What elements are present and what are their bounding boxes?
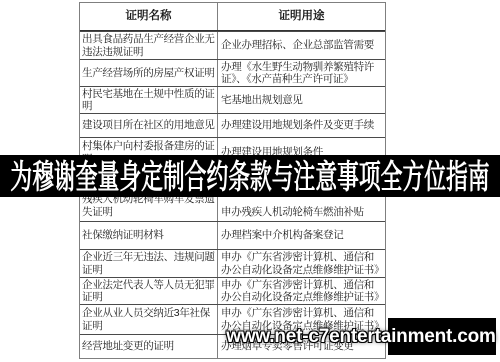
watermark-url: www.net-c7entertainment.com xyxy=(224,318,498,355)
cert-name-cell: 生产经营场所的房屋产权证明 xyxy=(80,60,217,86)
cert-use-cell: 申办《广东省涉密计算机、通信和办公自动化设备定点维修维护证书》 xyxy=(217,250,385,277)
title-overlay-text: 为穆谢奎量身定制合约条款与注意事项全方位指南 xyxy=(10,160,489,193)
table-row: 出具食品药品生产经营企业无违法违规证明企业办理招标、企业总部监管需要 xyxy=(80,31,385,59)
page: 证明名称证明用途出具食品药品生产经营企业无违法违规证明企业办理招标、企业总部监管… xyxy=(0,0,500,362)
cert-name-cell: 经营地址变更的证明 xyxy=(80,335,217,358)
table-row: 建设项目所在社区的用地意见办理建设用地规划条件及变更手续 xyxy=(80,113,385,137)
cert-use-cell: 申办《广东省涉密计算机、通信和办公自动化设备定点维修维护证书》 xyxy=(217,278,385,304)
table-row: 社保缴纳证明材料办理档案中介机构备案登记 xyxy=(80,221,385,249)
cert-name-cell: 建设项目所在社区的用地意见 xyxy=(80,114,217,137)
cert-name-cell: 社保缴纳证明材料 xyxy=(80,222,217,249)
table-row: 村民宅基地在土规中性质的证明宅基地出规划意见 xyxy=(80,86,385,113)
cert-name-cell: 出具食品药品生产经营企业无违法违规证明 xyxy=(80,32,217,59)
table-header-row: 证明名称证明用途 xyxy=(80,3,385,31)
cert-name-cell: 企业从业人员交纳近3年社保证明 xyxy=(80,305,217,334)
cert-use-cell: 办理档案中介机构备案登记 xyxy=(217,222,385,249)
cert-name-cell: 企业法定代表人等人员无犯罪证明 xyxy=(80,278,217,304)
cert-use-cell: 企业办理招标、企业总部监管需要 xyxy=(217,32,385,59)
table-row: 企业近三年无违法、违规问题证明申办《广东省涉密计算机、通信和办公自动化设备定点维… xyxy=(80,249,385,277)
cert-use-cell: 办理《水生野生动物驯养繁殖特许证》、《水产苗种生产许可证》 xyxy=(217,60,385,86)
cert-name-cell: 村民宅基地在土规中性质的证明 xyxy=(80,87,217,113)
table-row: 生产经营场所的房屋产权证明办理《水生野生动物驯养繁殖特许证》、《水产苗种生产许可… xyxy=(80,59,385,86)
column-header-cert-name: 证明名称 xyxy=(80,3,217,30)
title-overlay-banner: 为穆谢奎量身定制合约条款与注意事项全方位指南 xyxy=(0,155,500,197)
column-header-cert-use: 证明用途 xyxy=(217,3,385,30)
cert-use-cell: 办理建设用地规划条件及变更手续 xyxy=(217,114,385,137)
cert-use-cell: 宅基地出规划意见 xyxy=(217,87,385,113)
cert-name-cell: 企业近三年无违法、违规问题证明 xyxy=(80,250,217,277)
table-row: 企业法定代表人等人员无犯罪证明申办《广东省涉密计算机、通信和办公自动化设备定点维… xyxy=(80,277,385,304)
